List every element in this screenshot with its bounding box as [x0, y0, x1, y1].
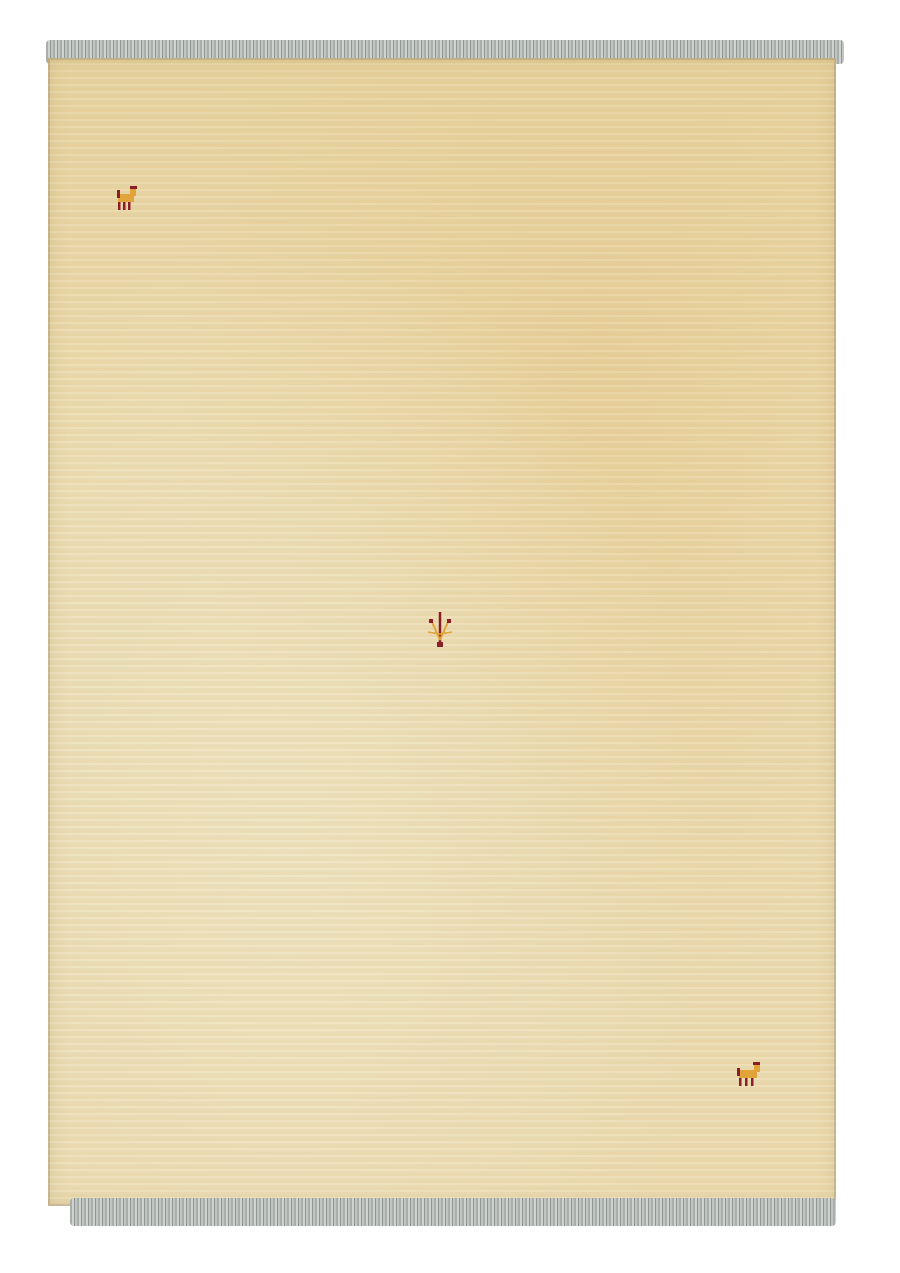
- bottom-fringe: [70, 1198, 836, 1226]
- animal-motif-icon: [112, 182, 140, 214]
- animal-motif-icon: [734, 1060, 764, 1090]
- tree-motif-icon: [424, 610, 456, 650]
- rug-field: [48, 58, 836, 1206]
